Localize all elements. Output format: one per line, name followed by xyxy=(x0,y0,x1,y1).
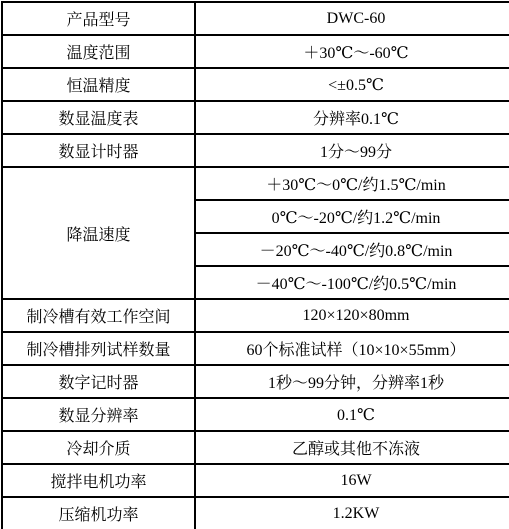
spec-label-product-model: 产品型号 xyxy=(2,2,195,35)
table-row: 数显分辨率 0.1℃ xyxy=(2,398,509,431)
spec-value-digital-thermometer: 分辨率0.1℃ xyxy=(195,101,509,134)
spec-label-digital-timer: 数字记时器 xyxy=(2,365,195,398)
table-row: 制冷槽有效工作空间 120×120×80mm xyxy=(2,299,509,332)
table-row: 数显计时器 1分～99分 xyxy=(2,134,509,167)
spec-label-working-space: 制冷槽有效工作空间 xyxy=(2,299,195,332)
table-row: 制冷槽排列试样数量 60个标准试样（10×10×55mm） xyxy=(2,332,509,365)
spec-label-compressor-power: 压缩机功率 xyxy=(2,497,195,529)
spec-label-display-resolution: 数显分辨率 xyxy=(2,398,195,431)
product-spec-table: 产品型号 DWC-60 温度范围 ＋30℃～-60℃ 恒温精度 <±0.5℃ 数… xyxy=(1,1,509,529)
spec-label-cooling-rate: 降温速度 xyxy=(2,167,195,299)
spec-value-constant-temp-accuracy: <±0.5℃ xyxy=(195,68,509,101)
spec-value-cooling-rate-1: ＋30℃～0℃/约1.5℃/min xyxy=(195,167,509,200)
spec-value-digital-timer: 1秒～99分钟，分辨率1秒 xyxy=(195,365,509,398)
table-row: 冷却介质 乙醇或其他不冻液 xyxy=(2,431,509,464)
spec-value-digital-timer-display: 1分～99分 xyxy=(195,134,509,167)
table-row: 搅拌电机功率 16W xyxy=(2,464,509,497)
table-row: 降温速度 ＋30℃～0℃/约1.5℃/min xyxy=(2,167,509,200)
spec-value-stirring-motor-power: 16W xyxy=(195,464,509,497)
table-row: 压缩机功率 1.2KW xyxy=(2,497,509,529)
spec-value-sample-capacity: 60个标准试样（10×10×55mm） xyxy=(195,332,509,365)
spec-label-digital-timer-display: 数显计时器 xyxy=(2,134,195,167)
spec-value-cooling-rate-2: 0℃～-20℃/约1.2℃/min xyxy=(195,200,509,233)
spec-value-product-model: DWC-60 xyxy=(195,2,509,35)
spec-value-temperature-range: ＋30℃～-60℃ xyxy=(195,35,509,68)
spec-value-compressor-power: 1.2KW xyxy=(195,497,509,529)
spec-value-cooling-rate-4: －40℃～-100℃/约0.5℃/min xyxy=(195,266,509,299)
spec-value-working-space: 120×120×80mm xyxy=(195,299,509,332)
spec-label-stirring-motor-power: 搅拌电机功率 xyxy=(2,464,195,497)
table-row: 温度范围 ＋30℃～-60℃ xyxy=(2,35,509,68)
spec-value-cooling-rate-3: －20℃～-40℃/约0.8℃/min xyxy=(195,233,509,266)
spec-value-cooling-medium: 乙醇或其他不冻液 xyxy=(195,431,509,464)
table-row: 恒温精度 <±0.5℃ xyxy=(2,68,509,101)
spec-value-display-resolution: 0.1℃ xyxy=(195,398,509,431)
spec-label-cooling-medium: 冷却介质 xyxy=(2,431,195,464)
spec-label-digital-thermometer: 数显温度表 xyxy=(2,101,195,134)
table-row: 产品型号 DWC-60 xyxy=(2,2,509,35)
spec-label-sample-capacity: 制冷槽排列试样数量 xyxy=(2,332,195,365)
spec-label-temperature-range: 温度范围 xyxy=(2,35,195,68)
table-row: 数字记时器 1秒～99分钟，分辨率1秒 xyxy=(2,365,509,398)
table-row: 数显温度表 分辨率0.1℃ xyxy=(2,101,509,134)
spec-label-constant-temp-accuracy: 恒温精度 xyxy=(2,68,195,101)
